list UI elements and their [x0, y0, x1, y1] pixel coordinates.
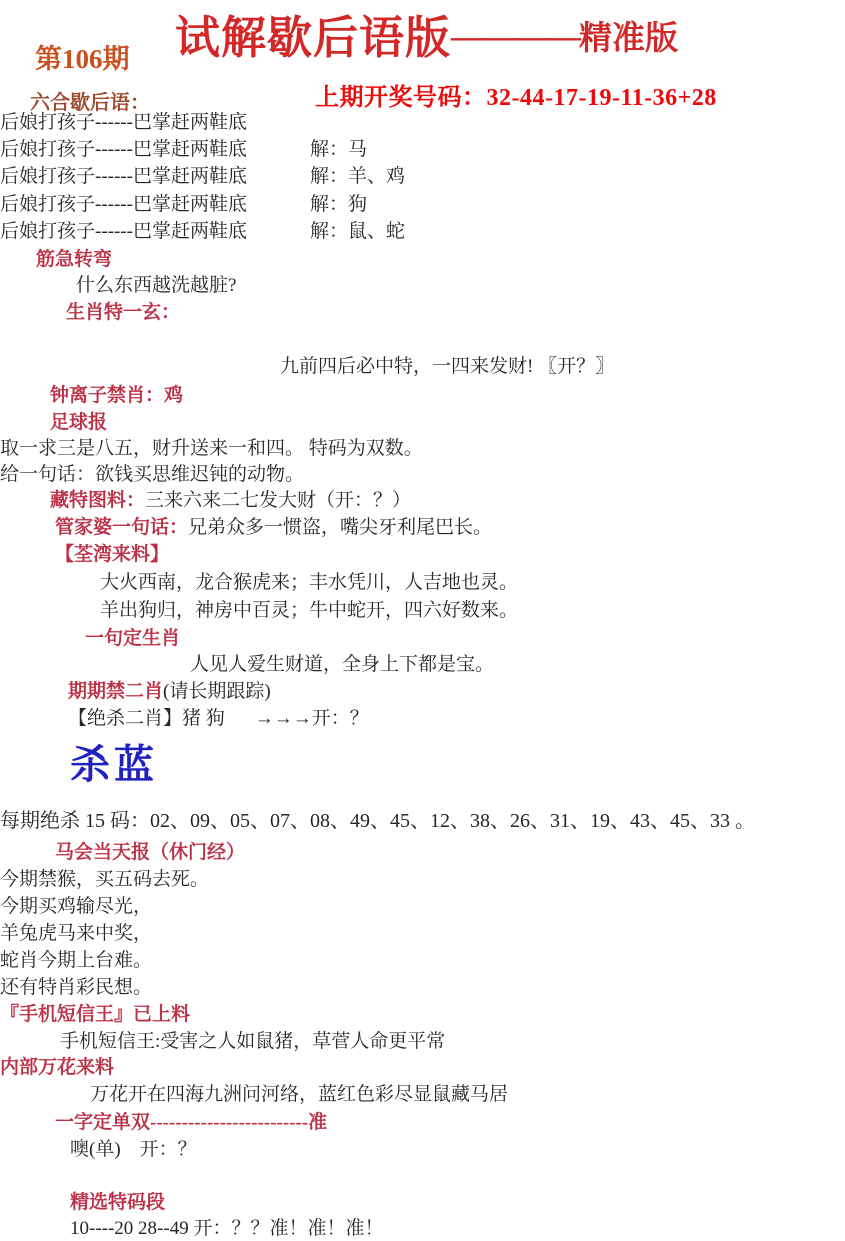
- wanhua-text: 万花开在四海九洲问河络，蓝红色彩尽显鼠藏马居: [90, 1082, 508, 1108]
- brain-teaser-question: 什么东西越洗越脏?: [76, 273, 236, 299]
- riddle-answer: 解：狗: [310, 192, 367, 218]
- zodiac-hint-line: 九前四后必中特，一四来发财! 〖开？〗: [280, 354, 614, 380]
- jinxiao-note: (请长期跟踪): [163, 681, 271, 702]
- riddle-answer: 解：马: [310, 137, 367, 163]
- odd-even-pick: 噢(单) 开：？: [70, 1137, 197, 1163]
- riddle-text: 后娘打孩子------巴掌赶两鞋底: [0, 112, 247, 133]
- football-line-1: 取一求三是八五，财升送来一和四。 特码为双数。: [0, 436, 423, 462]
- riddle-text: 后娘打孩子------巴掌赶两鞋底: [0, 194, 247, 215]
- last-draw-numbers: 上期开奖号码：32-44-17-19-11-36+28: [315, 85, 717, 111]
- mahui-line: 蛇肖今期上台难。: [0, 948, 152, 974]
- riddle-line: 后娘打孩子------巴掌赶两鞋底 解：羊、鸡: [0, 164, 845, 190]
- riddle-text: 后娘打孩子------巴掌赶两鞋底: [0, 221, 247, 242]
- section-yiju-zodiac: 一句定生肖: [85, 626, 180, 652]
- lottery-tip-sheet: 第106期 试解歇后语版————精准版 六合歇后语： 上期开奖号码：32-44-…: [0, 0, 845, 1241]
- page-title-main: 试解歇后语版: [175, 13, 451, 63]
- riddle-line: 后娘打孩子------巴掌赶两鞋底 解：狗: [0, 192, 845, 218]
- section-odd-even: 一字定单双-------------------------准: [55, 1110, 327, 1136]
- section-wanhua: 内部万花来料: [0, 1055, 114, 1081]
- quanwan-line-1: 大火西南，龙合猴虎来；丰水凭川，人吉地也灵。: [100, 570, 518, 596]
- riddle-line: 后娘打孩子------巴掌赶两鞋底 解：鼠、蛇: [0, 219, 845, 245]
- riddle-text: 后娘打孩子------巴掌赶两鞋底: [0, 166, 247, 187]
- riddle-answer: 解：羊、鸡: [310, 164, 405, 190]
- quanwan-line-2: 羊出狗归，神房中百灵；牛中蛇开，四六好数来。: [100, 598, 518, 624]
- riddle-text: 后娘打孩子------巴掌赶两鞋底: [0, 139, 247, 160]
- football-line-2: 给一句话：欲钱买思维迟钝的动物。: [0, 462, 304, 488]
- riddle-answer: 解：鼠、蛇: [310, 219, 405, 245]
- yiju-text: 人见人爱生财道，全身上下都是宝。: [190, 652, 494, 678]
- section-football-paper: 足球报: [50, 410, 107, 436]
- section-zhongli-ban: 钟离子禁肖：鸡: [50, 383, 183, 409]
- section-quanwan: 【荃湾来料】: [55, 542, 169, 568]
- mahui-line: 还有特肖彩民想。: [0, 975, 152, 1001]
- section-kill-blue: 杀蓝: [70, 752, 158, 778]
- cangte-line: 藏特图料：三来六来二七发大财（开：？）: [50, 488, 411, 514]
- mahui-line: 今期买鸡输尽光，: [0, 894, 152, 920]
- section-mahui-daily: 马会当天报（休门经）: [55, 840, 245, 866]
- section-zodiac-special: 生肖特一玄：: [66, 300, 180, 326]
- issue-number: 第106期: [35, 46, 130, 72]
- riddle-line: 后娘打孩子------巴掌赶两鞋底 解：马: [0, 137, 845, 163]
- mahui-line: 羊兔虎马来中奖，: [0, 921, 152, 947]
- juesha-arrows: →→→开：？: [255, 708, 369, 729]
- page-title: 试解歇后语版————精准版: [175, 24, 678, 61]
- section-brain-teaser: 筋急转弯: [36, 247, 112, 273]
- guanjiapo-line: 管家婆一句话：兄弟众多一惯盗，嘴尖牙利尾巴长。: [55, 515, 492, 541]
- section-special-code-range: 精选特码段: [70, 1190, 165, 1216]
- sms-text: 手机短信王:受害之人如鼠猪，草菅人命更平常: [60, 1029, 445, 1055]
- jinxiao-heading: 期期禁二肖(请长期跟踪): [68, 679, 271, 705]
- jinxiao-label: 期期禁二肖: [68, 681, 163, 702]
- page-title-suffix: 精准版: [579, 21, 678, 57]
- juesha-line: 【绝杀二肖】猪 狗→→→开：？: [68, 706, 369, 732]
- title-dash-rule: ————: [451, 18, 579, 55]
- kill-numbers-line: 每期绝杀 15 码：02、09、05、07、08、49、45、12、38、26、…: [0, 808, 755, 834]
- mahui-line: 今期禁猴，买五码去死。: [0, 867, 209, 893]
- guanjiapo-text: 兄弟众多一惯盗，嘴尖牙利尾巴长。: [188, 517, 492, 538]
- section-sms-king: 『手机短信王』已上料: [0, 1002, 190, 1028]
- special-code-range-line: 10----20 28--49 开：？？准！准！准！: [70, 1216, 383, 1241]
- juesha-text: 【绝杀二肖】猪 狗: [68, 708, 225, 729]
- riddle-line: 后娘打孩子------巴掌赶两鞋底: [0, 110, 845, 136]
- cangte-text: 三来六来二七发大财（开：？）: [145, 490, 411, 511]
- cangte-label: 藏特图料：: [50, 490, 145, 511]
- guanjiapo-label: 管家婆一句话：: [55, 517, 188, 538]
